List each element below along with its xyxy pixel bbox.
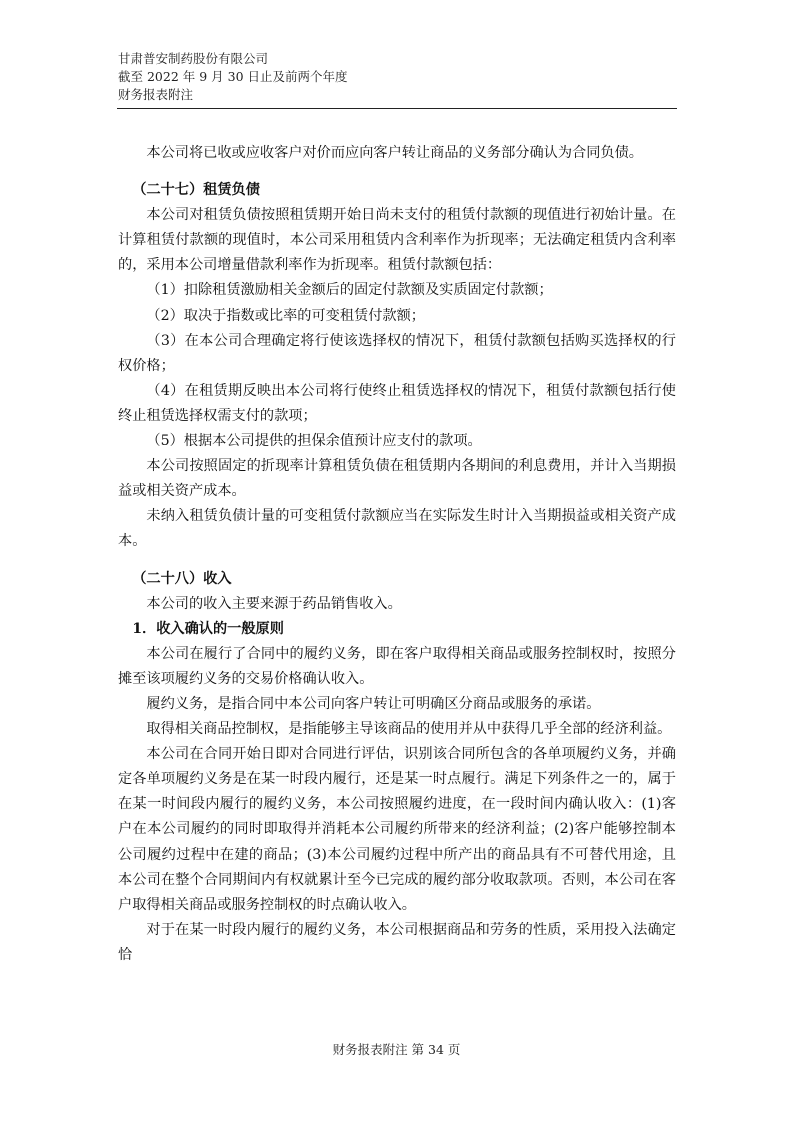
list-item: （1）扣除租赁激励相关金额后的固定付款额及实质固定付款额； (118, 278, 676, 303)
paragraph: 未纳入租赁负债计量的可变租赁付款额应当在实际发生时计入当期损益或相关资产成本。 (118, 504, 676, 554)
list-item: （5）根据本公司提供的担保余值预计应支付的款项。 (118, 429, 676, 454)
section-heading-lease-liability: （二十七）租赁负债 (118, 178, 676, 203)
subsection-heading: 1．收入确认的一般原则 (118, 617, 676, 642)
section-heading-revenue: （二十八）收入 (118, 567, 676, 592)
page-footer: 财务报表附注 第 34 页 (0, 1040, 793, 1058)
list-item: （2）取决于指数或比率的可变租赁付款额； (118, 304, 676, 329)
header-divider (117, 108, 677, 109)
paragraph: 本公司对租赁负债按照租赁期开始日尚未支付的租赁付款额的现值进行初始计量。在计算租… (118, 203, 676, 278)
paragraph: 履约义务，是指合同中本公司向客户转让可明确区分商品或服务的承诺。 (118, 692, 676, 717)
document-title: 财务报表附注 (118, 86, 678, 104)
document-body: 本公司将已收或应收客户对价而应向客户转让商品的义务部分确认为合同负债。 （二十七… (118, 141, 676, 968)
company-name: 甘肃普安制药股份有限公司 (118, 50, 678, 68)
paragraph: 对于在某一时段内履行的履约义务，本公司根据商品和劳务的性质，采用投入法确定恰 (118, 918, 676, 968)
paragraph: 取得相关商品控制权，是指能够主导该商品的使用并从中获得几乎全部的经济利益。 (118, 717, 676, 742)
paragraph-contract-liability: 本公司将已收或应收客户对价而应向客户转让商品的义务部分确认为合同负债。 (118, 141, 676, 166)
paragraph: 本公司按照固定的折现率计算租赁负债在租赁期内各期间的利息费用，并计入当期损益或相… (118, 454, 676, 504)
paragraph: 本公司在合同开始日即对合同进行评估，识别该合同所包含的各单项履约义务，并确定各单… (118, 742, 676, 918)
paragraph: 本公司在履行了合同中的履约义务，即在客户取得相关商品或服务控制权时，按照分摊至该… (118, 642, 676, 692)
report-period: 截至 2022 年 9 月 30 日止及前两个年度 (118, 68, 678, 86)
list-item: （3）在本公司合理确定将行使该选择权的情况下，租赁付款额包括购买选择权的行权价格… (118, 329, 676, 379)
page-header: 甘肃普安制药股份有限公司 截至 2022 年 9 月 30 日止及前两个年度 财… (118, 50, 678, 104)
paragraph: 本公司的收入主要来源于药品销售收入。 (118, 592, 676, 617)
list-item: （4）在租赁期反映出本公司将行使终止租赁选择权的情况下，租赁付款额包括行使终止租… (118, 379, 676, 429)
